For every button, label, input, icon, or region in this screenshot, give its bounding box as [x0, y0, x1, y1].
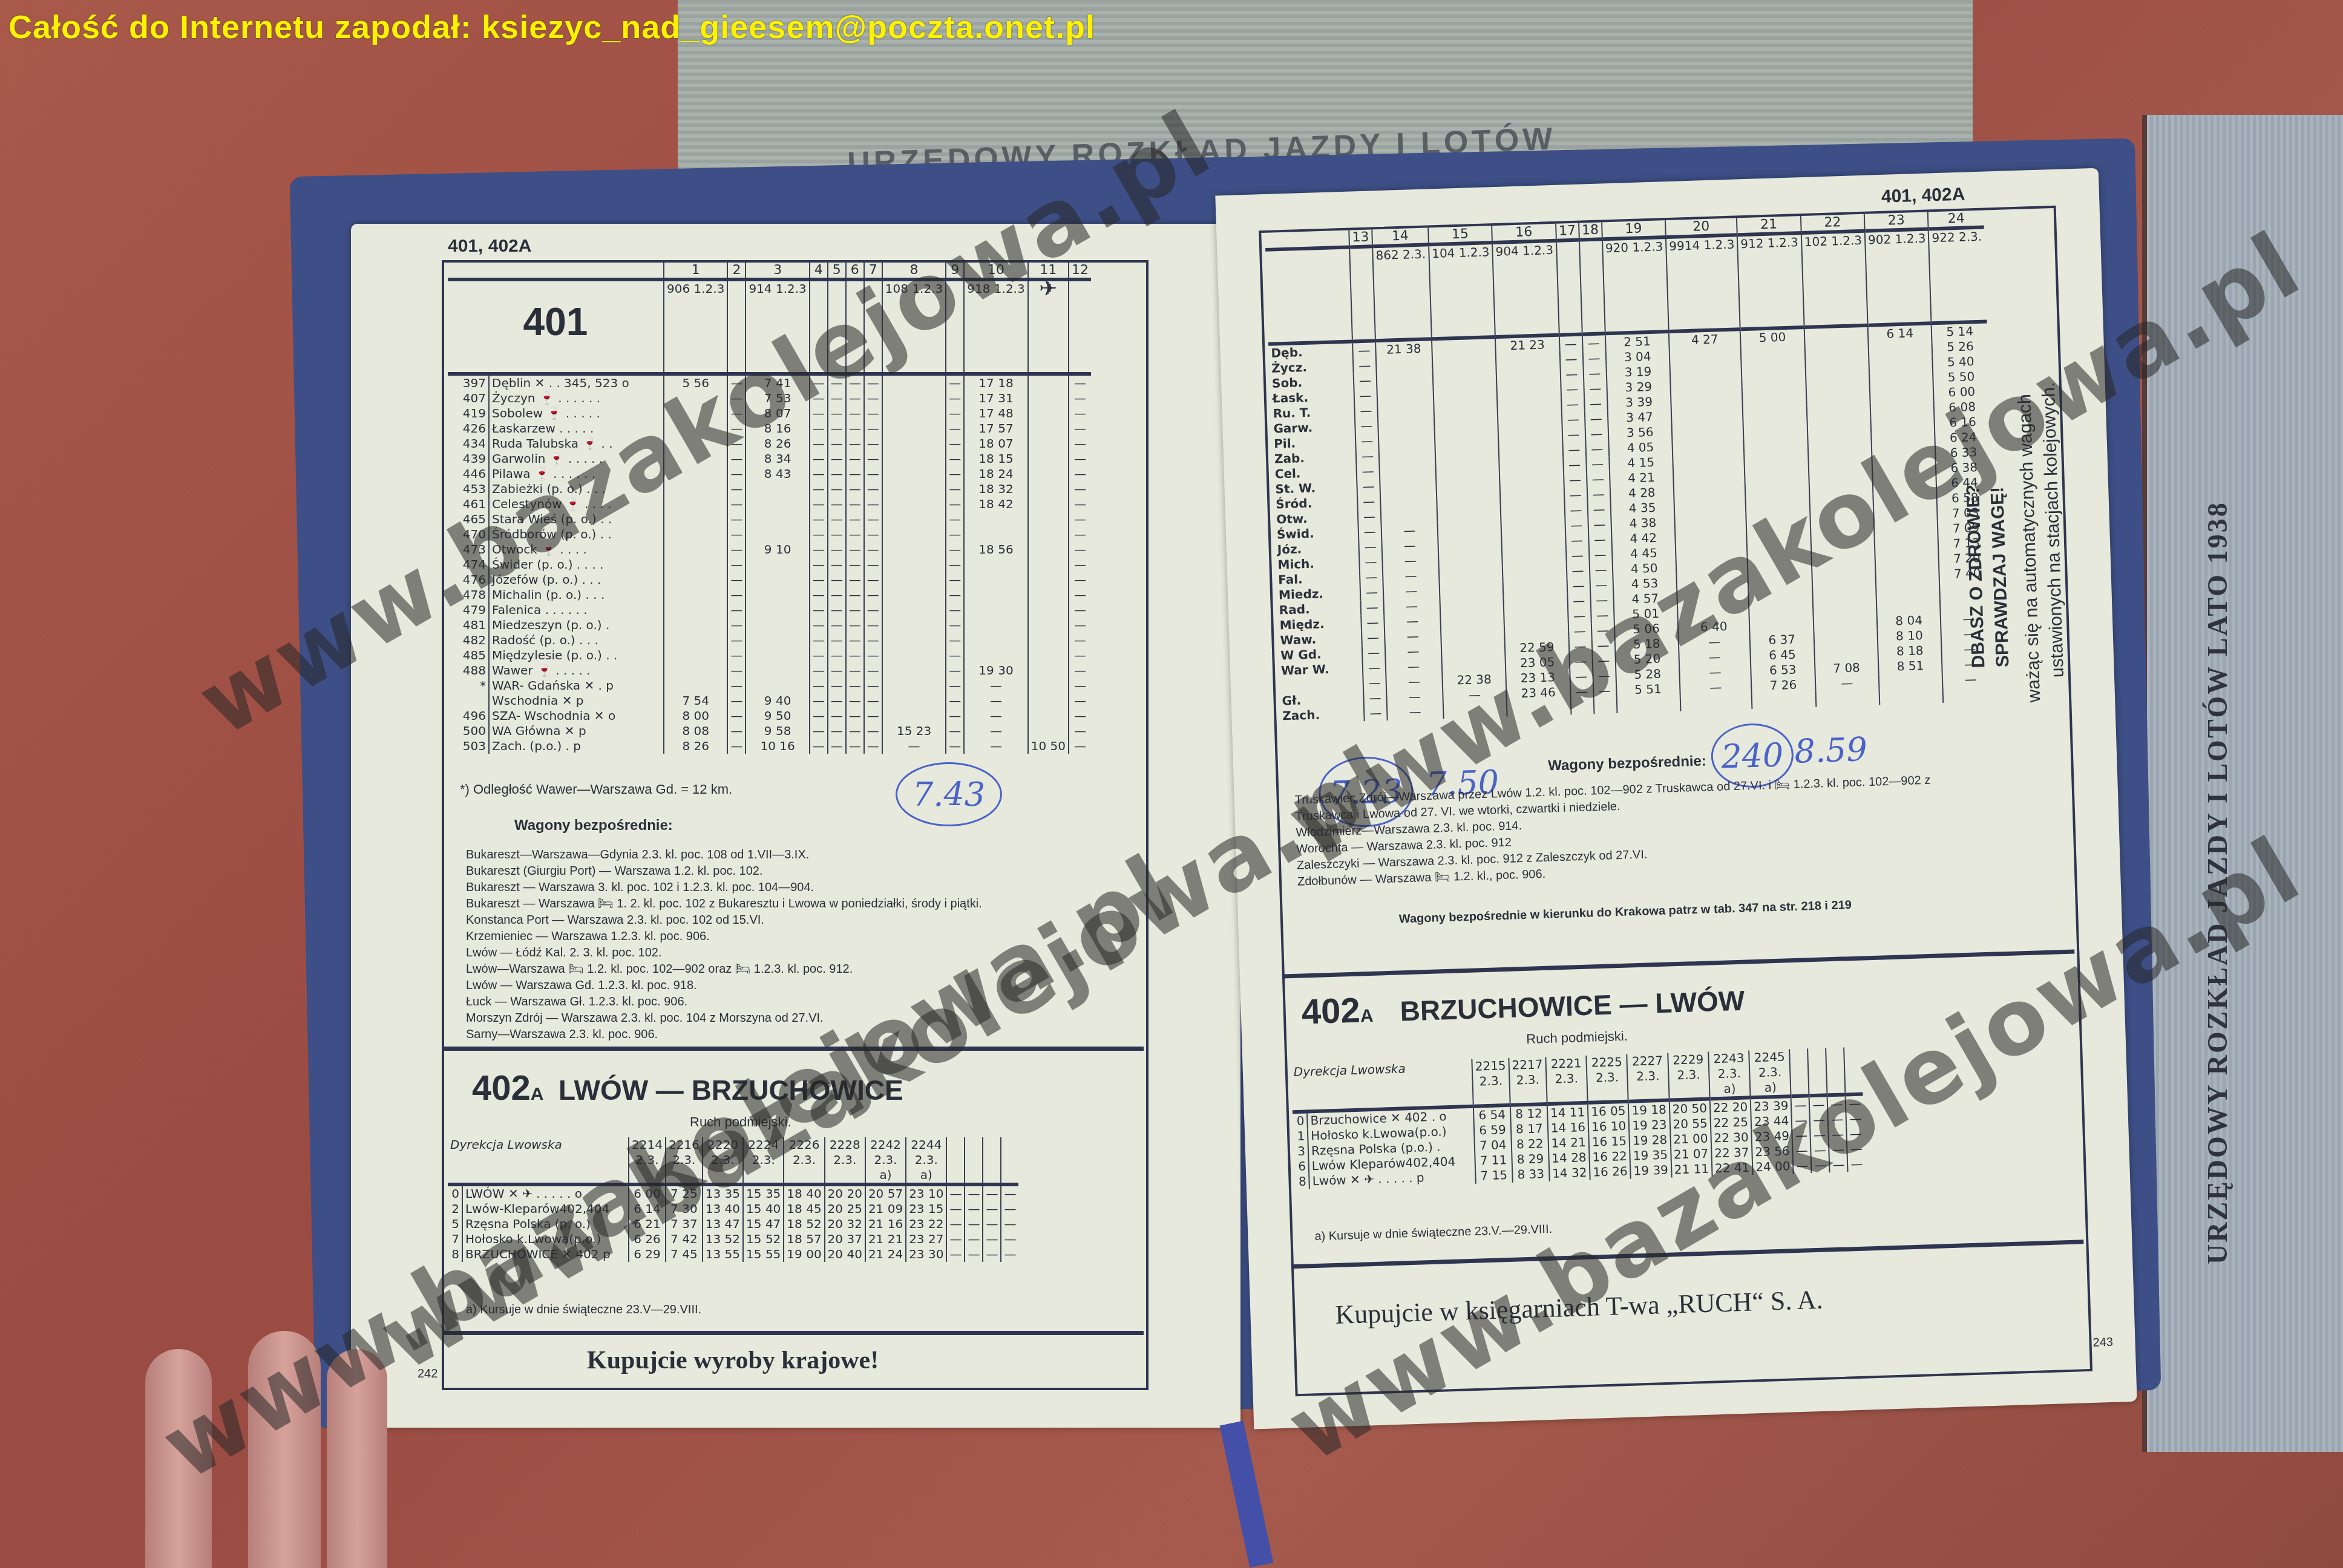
time-cell — [1805, 358, 1869, 374]
time-cell: — — [810, 648, 828, 663]
time-cell — [1028, 587, 1069, 603]
time-cell: — — [846, 482, 864, 497]
time-cell: — — [846, 663, 864, 678]
time-cell — [1501, 503, 1565, 520]
time-cell: 22 30 — [1711, 1129, 1752, 1146]
col-num: 2 — [727, 263, 745, 279]
distance-footnote: *) Odległość Wawer—Warszawa Gd. = 12 km. — [460, 780, 732, 799]
time-cell — [1501, 518, 1565, 535]
time-cell — [1499, 443, 1563, 460]
time-cell: — — [1363, 690, 1387, 706]
time-cell — [664, 482, 727, 497]
time-cell: 3 39 — [1607, 394, 1671, 411]
time-cell: 23 22 — [906, 1217, 946, 1232]
time-cell: — — [1582, 350, 1606, 366]
time-cell — [1028, 603, 1069, 618]
time-cell: — — [964, 724, 1027, 739]
time-cell: — — [1560, 366, 1584, 382]
station-name: Świder (p. o.) . . . . — [489, 557, 664, 572]
time-cell: — — [828, 724, 846, 739]
time-cell — [964, 512, 1027, 527]
time-cell: — — [1069, 512, 1091, 527]
time-cell: — — [828, 497, 846, 512]
table-row: 500WA Główna ✕ p8 08—9 58————15 23——— — [448, 724, 1091, 739]
time-cell — [1676, 558, 1748, 575]
km-cell: 488 — [448, 663, 489, 678]
time-cell: — — [864, 421, 882, 436]
time-cell — [664, 391, 727, 406]
time-cell: 4 15 — [1609, 454, 1673, 471]
time-cell: — — [1568, 608, 1591, 624]
time-cell: 16 05 — [1588, 1102, 1629, 1120]
col-num: 3 — [745, 263, 809, 279]
time-cell: 18 40 — [784, 1184, 824, 1201]
time-cell: 8 08 — [664, 724, 727, 739]
time-cell: — — [1363, 660, 1386, 676]
time-cell: — — [1567, 593, 1591, 609]
timetable-401-rows: 397Dęblin ✕ . . 345, 523 o5 56—7 41—————… — [448, 374, 1091, 754]
time-cell: — — [1443, 687, 1507, 704]
time-cell — [1670, 376, 1742, 394]
time-cell: 13 55 — [703, 1247, 743, 1262]
time-cell: — — [1386, 688, 1443, 705]
time-cell: 8 29 — [1512, 1151, 1549, 1168]
time-cell: — — [1846, 1111, 1864, 1127]
time-cell: — — [964, 708, 1027, 724]
time-cell: — — [810, 512, 828, 527]
train-class: 2.3. — [868, 1152, 903, 1168]
time-cell: — — [864, 527, 882, 542]
time-cell: — — [864, 374, 882, 391]
timetable-402a: Dyrekcja Lwowska22152.3.22172.3.22212.3.… — [1291, 1047, 1866, 1190]
km-cell: 426 — [448, 421, 489, 436]
col-num: 18 — [1579, 222, 1602, 240]
page-number: 243 — [2092, 1336, 2113, 1350]
time-cell: — — [1069, 527, 1091, 542]
time-cell: — — [1827, 1094, 1846, 1112]
timetable-401: 1 2 3 4 5 6 7 8 9 10 11 12 401 906 1.2.3 — [448, 263, 1091, 754]
time-cell: — — [828, 633, 846, 648]
time-cell: — — [727, 451, 745, 466]
time-cell: — — [1591, 622, 1614, 638]
time-cell: — — [1069, 603, 1091, 618]
station-name: Sobolew 🍷 . . . . . — [489, 406, 664, 421]
time-cell: — — [828, 708, 846, 724]
time-cell: — — [1587, 471, 1610, 487]
time-cell — [1752, 692, 1816, 709]
time-cell — [664, 451, 727, 466]
time-cell: — — [1810, 1127, 1829, 1143]
train-number: 2226 — [787, 1137, 821, 1152]
time-cell — [1028, 421, 1069, 436]
time-cell — [1747, 541, 1811, 558]
time-cell: 21 16 — [865, 1217, 906, 1232]
time-cell: — — [1357, 494, 1381, 509]
time-cell: — — [983, 1247, 1001, 1262]
time-cell: — — [828, 542, 846, 557]
time-cell: 18 24 — [964, 466, 1027, 482]
train-header: 918 1.2.3 — [964, 279, 1027, 374]
train-class: 2.3. — [669, 1152, 700, 1168]
timetable-401-continued: 131415161718192021222324 862 2.3.104 1.2… — [1265, 211, 1999, 724]
time-cell: — — [810, 527, 828, 542]
time-cell: 3 29 — [1607, 379, 1671, 396]
time-cell — [1870, 416, 1935, 433]
km-cell: 496 — [448, 708, 489, 724]
time-cell: — — [810, 421, 828, 436]
time-cell: — — [810, 603, 828, 618]
time-cell: — — [1561, 396, 1585, 412]
through-car-item: Krzemieniec — Warszawa 1.2.3. kl. poc. 9… — [466, 929, 1107, 945]
time-cell — [745, 633, 809, 648]
time-cell: — — [864, 708, 882, 724]
time-cell: 9 58 — [745, 724, 809, 739]
km-cell: 482 — [448, 633, 489, 648]
train-number: 2225 — [1589, 1054, 1624, 1071]
km-cell: 446 — [448, 466, 489, 482]
time-cell — [1379, 446, 1435, 463]
time-cell: — — [1360, 599, 1384, 615]
time-cell — [664, 663, 727, 678]
time-cell: 23 15 — [906, 1201, 946, 1217]
time-cell: — — [1570, 684, 1594, 699]
time-cell: — — [1793, 1158, 1812, 1174]
time-cell — [1671, 391, 1743, 409]
page-number: 242 — [418, 1367, 437, 1381]
time-cell: — — [1679, 648, 1751, 666]
time-cell — [1872, 461, 1936, 478]
time-cell: 4 35 — [1610, 500, 1674, 517]
time-cell: — — [727, 739, 745, 754]
time-cell: 7 15 — [1475, 1168, 1513, 1184]
time-cell: — — [1565, 532, 1589, 548]
km-cell: 479 — [448, 603, 489, 618]
time-cell: — — [1357, 479, 1380, 494]
time-cell: — — [810, 587, 828, 603]
train-note: a) — [868, 1168, 903, 1183]
time-cell: 15 35 — [743, 1184, 784, 1201]
time-cell — [664, 512, 727, 527]
time-cell: — — [1354, 373, 1377, 388]
time-cell — [1872, 446, 1936, 463]
time-cell: — — [946, 1217, 965, 1232]
time-cell: — — [946, 1232, 965, 1247]
time-cell: — — [846, 618, 864, 633]
time-cell: — — [846, 406, 864, 421]
time-cell — [1806, 403, 1870, 420]
train-class: 2.3. — [1752, 1064, 1788, 1080]
station-name: LWÓW ✕ ✈ . . . . . o — [462, 1184, 629, 1201]
km-cell: 470 — [448, 527, 489, 542]
time-cell: — — [946, 739, 964, 754]
table-number: 402 — [472, 1068, 531, 1108]
time-cell: — — [1810, 1112, 1829, 1128]
time-cell: — — [846, 678, 864, 693]
time-cell: — — [864, 587, 882, 603]
time-cell: 4 50 — [1612, 560, 1676, 577]
time-cell — [1746, 526, 1810, 543]
time-cell: — — [727, 663, 745, 678]
time-cell — [1875, 552, 1939, 569]
time-cell — [1028, 693, 1069, 708]
time-cell: — — [810, 724, 828, 739]
time-cell: 15 40 — [743, 1201, 784, 1217]
time-cell — [745, 497, 809, 512]
time-cell — [1028, 572, 1069, 587]
time-cell: — — [810, 374, 828, 391]
km-cell: 419 — [448, 406, 489, 421]
time-cell — [1812, 584, 1876, 601]
station-name: WA Główna ✕ p — [489, 724, 664, 739]
time-cell: 5 28 — [1616, 666, 1680, 683]
time-cell: 7 11 — [1475, 1152, 1512, 1169]
train-class: 2.3. — [1475, 1073, 1507, 1089]
time-cell: — — [846, 633, 864, 648]
time-cell — [882, 663, 946, 678]
time-cell: 7 53 — [745, 391, 809, 406]
time-cell: — — [727, 708, 745, 724]
time-cell — [882, 421, 946, 436]
time-cell — [882, 436, 946, 451]
time-cell: — — [727, 497, 745, 512]
time-cell: — — [946, 512, 964, 527]
time-cell: — — [1001, 1247, 1018, 1262]
time-cell: 18 42 — [964, 497, 1027, 512]
time-cell: — — [1386, 658, 1442, 675]
time-cell — [745, 678, 809, 693]
table-row: 482Radość (p. o.) . . .——————— — [448, 633, 1091, 648]
time-cell: 7 08 — [1815, 659, 1879, 676]
time-cell — [882, 633, 946, 648]
through-car-item: Lwów — Warszawa Gd. 1.2.3. kl. poc. 918. — [466, 978, 1107, 994]
time-cell — [1809, 494, 1873, 511]
train-number: 2215 — [1475, 1058, 1506, 1074]
time-cell — [1806, 373, 1870, 390]
time-cell: — — [1815, 675, 1879, 691]
time-cell: — — [828, 603, 846, 618]
station-name: Zach. (p.o.) . p — [489, 739, 664, 754]
table-suffix: A — [531, 1084, 544, 1104]
station-abbrev: Dęb. — [1268, 341, 1353, 361]
time-cell: — — [1069, 693, 1091, 708]
train-header — [810, 279, 828, 374]
time-cell — [745, 557, 809, 572]
time-cell — [1674, 512, 1746, 530]
time-cell — [882, 406, 946, 421]
time-cell: — — [946, 374, 964, 391]
time-cell: — — [810, 466, 828, 482]
col-num: 16 — [1492, 224, 1556, 243]
time-cell — [664, 603, 727, 618]
time-cell: 8 17 — [1511, 1121, 1548, 1137]
time-cell: — — [964, 693, 1027, 708]
train-header: 914 1.2.3 — [745, 279, 809, 374]
time-cell — [964, 587, 1027, 603]
empty-col — [1844, 1047, 1863, 1095]
km-cell: 461 — [448, 497, 489, 512]
time-cell — [882, 618, 946, 633]
time-cell: — — [1588, 517, 1611, 532]
time-cell: — — [846, 603, 864, 618]
train-number: 2242 — [868, 1137, 903, 1152]
time-cell — [1028, 708, 1069, 724]
right-page: 401, 402A 131415161718192021222324 862 2… — [1215, 168, 2137, 1429]
time-cell: — — [846, 466, 864, 482]
time-cell: 17 57 — [964, 421, 1027, 436]
station-name: Śródborów (p. o.) . . — [489, 527, 664, 542]
time-cell: — — [1069, 466, 1091, 482]
table-number: 401 — [523, 300, 588, 344]
time-cell — [1028, 618, 1069, 633]
time-cell: 9 50 — [745, 708, 809, 724]
time-cell — [1496, 352, 1560, 369]
train-class: 2.3. — [1671, 1067, 1706, 1083]
time-cell: — — [983, 1201, 1001, 1217]
time-cell: 17 31 — [964, 391, 1027, 406]
table-row: 407Życzyn 🍷 . . . . . .—7 53—————17 31— — [448, 391, 1091, 406]
station-name: SZA- Wschodnia ✕ o — [489, 708, 664, 724]
time-cell: — — [965, 1232, 983, 1247]
time-cell — [882, 466, 946, 482]
running-head: 401, 402A — [448, 236, 531, 256]
time-cell: — — [864, 663, 882, 678]
time-cell — [1616, 696, 1680, 713]
time-cell: — — [946, 693, 964, 708]
time-cell: — — [727, 618, 745, 633]
station-name: Hołosko k.Lwowa(p.o.) — [462, 1232, 629, 1247]
col-num: 15 — [1428, 226, 1492, 244]
train-header: 22162.3. — [666, 1137, 703, 1184]
time-cell: 6 00 — [629, 1184, 666, 1201]
km-cell: 0 — [1293, 1111, 1308, 1129]
time-cell — [1813, 614, 1877, 631]
train-header — [864, 279, 882, 374]
bookmark-ribbon — [1219, 1420, 1273, 1567]
time-cell — [964, 603, 1027, 618]
advert-line: ustawionych na stacjach kolejowych. — [2039, 382, 2068, 678]
train-number: 2243 — [1711, 1051, 1746, 1067]
time-cell: 16 15 — [1588, 1134, 1630, 1150]
time-cell — [664, 572, 727, 587]
time-cell: — — [965, 1217, 983, 1232]
time-cell — [1432, 337, 1496, 356]
time-cell: 5 18 — [1614, 636, 1679, 653]
time-cell: — — [828, 406, 846, 421]
time-cell: 18 56 — [964, 542, 1027, 557]
time-cell — [1028, 648, 1069, 663]
time-cell: 22 59 — [1505, 639, 1569, 656]
time-cell: — — [828, 391, 846, 406]
running-head: 401, 402A — [1881, 185, 1965, 207]
route-subtitle: Ruch podmiejski. — [690, 1113, 791, 1131]
time-cell: — — [1069, 497, 1091, 512]
train-header: 22202.3. — [703, 1137, 743, 1184]
time-cell: 20 25 — [825, 1201, 865, 1217]
time-cell: 10 50 — [1028, 739, 1069, 754]
time-cell: 8 07 — [745, 406, 809, 421]
time-cell: 15 23 — [882, 724, 946, 739]
time-cell: — — [846, 497, 864, 512]
time-cell: — — [1069, 587, 1091, 603]
time-cell: — — [727, 421, 745, 436]
time-cell: — — [828, 663, 846, 678]
table-row: 7Hołosko k.Lwowa(p.o.)6 267 4213 5215 52… — [448, 1232, 1018, 1247]
time-cell — [1496, 367, 1561, 384]
slogan: Kupujcie wyroby krajowe! — [587, 1346, 879, 1375]
time-cell — [1672, 422, 1744, 439]
col-num: 12 — [1069, 263, 1091, 279]
time-cell: — — [1069, 572, 1091, 587]
time-cell: — — [1386, 673, 1442, 690]
time-cell: — — [1358, 509, 1381, 524]
station-name: Michalin (p. o.) . . . — [489, 587, 664, 603]
time-cell: 6 26 — [629, 1232, 666, 1247]
col-num: 5 — [828, 263, 846, 279]
time-cell: — — [1567, 578, 1590, 593]
time-cell: — — [946, 603, 964, 618]
col-num: 14 — [1372, 227, 1429, 246]
through-car-item: Lwów — Łódź Kal. 2. 3. kl. poc. 102. — [466, 945, 1107, 961]
train-header: 22262.3. — [784, 1137, 824, 1184]
time-cell: — — [810, 497, 828, 512]
time-cell — [1743, 435, 1807, 452]
time-cell: — — [1588, 532, 1612, 547]
train-class: 2.3. — [746, 1152, 781, 1168]
train-header — [846, 279, 864, 374]
time-cell: 7 30 — [666, 1201, 703, 1217]
time-cell: — — [1069, 391, 1091, 406]
time-cell: — — [810, 693, 828, 708]
time-cell: 15 52 — [743, 1232, 784, 1247]
time-cell: — — [1846, 1094, 1864, 1112]
col-num: 13 — [1349, 229, 1372, 247]
km-cell: 6 — [1294, 1158, 1309, 1174]
time-cell: — — [846, 724, 864, 739]
time-cell — [1376, 356, 1432, 373]
time-cell — [882, 603, 946, 618]
time-cell: 22 41 — [1712, 1160, 1753, 1176]
time-cell: — — [864, 678, 882, 693]
time-cell: — — [1562, 426, 1585, 442]
time-cell: — — [864, 633, 882, 648]
time-cell — [1868, 340, 1932, 357]
time-cell — [1743, 420, 1807, 437]
time-cell: 6 14 — [1868, 323, 1932, 342]
time-cell — [1670, 346, 1742, 364]
train-header: 22242.3. — [743, 1137, 784, 1184]
empty-col — [1826, 1047, 1845, 1095]
station-name: Otwock 🍷 . . . . — [489, 542, 664, 557]
time-cell: — — [983, 1184, 1001, 1201]
table-row: 2Lwów-Kleparów402,4046 147 3013 4015 401… — [448, 1201, 1018, 1217]
time-cell — [1673, 467, 1745, 485]
table-402a-title: 402A LWÓW — BRZUCHOWICE — [472, 1068, 903, 1108]
time-cell: — — [864, 482, 882, 497]
time-cell — [664, 618, 727, 633]
time-cell: — — [828, 678, 846, 693]
time-cell — [1439, 566, 1503, 583]
time-cell: — — [1362, 645, 1386, 661]
time-cell: — — [1847, 1126, 1865, 1142]
time-cell: — — [828, 451, 846, 466]
time-cell: 3 19 — [1606, 364, 1670, 381]
time-cell — [1499, 458, 1563, 475]
time-cell: 22 37 — [1711, 1145, 1752, 1161]
time-cell: — — [1847, 1141, 1865, 1157]
time-cell — [1749, 616, 1814, 633]
time-cell: — — [1583, 365, 1607, 381]
time-cell — [882, 482, 946, 497]
